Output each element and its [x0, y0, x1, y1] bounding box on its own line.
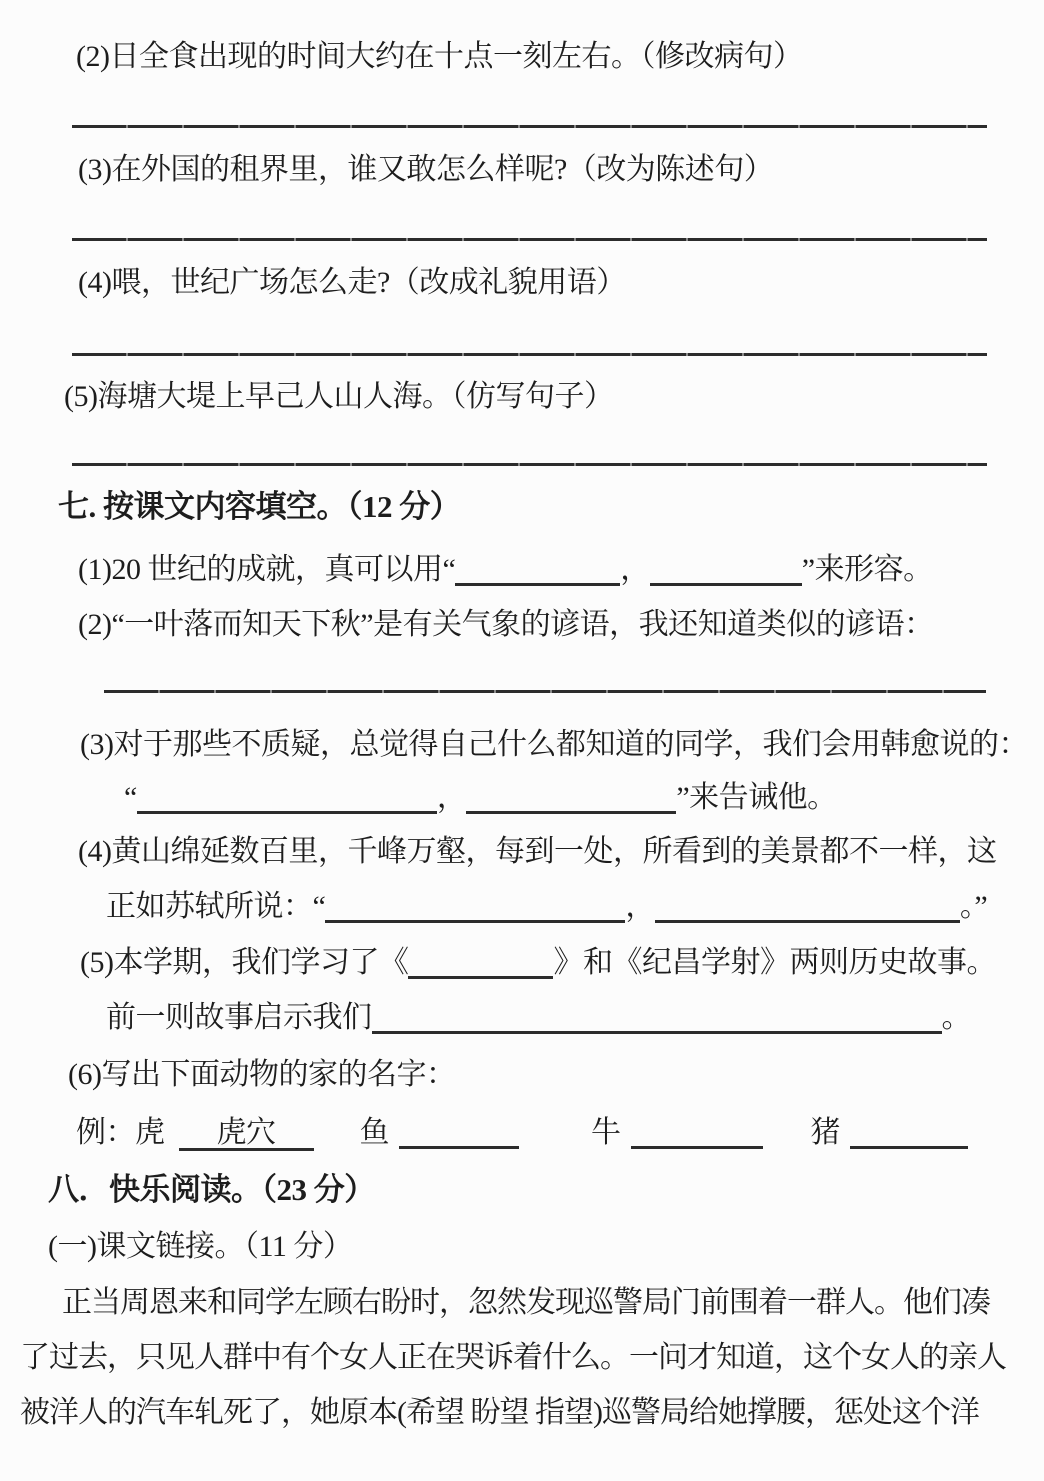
animal-pig: 猪	[811, 1116, 841, 1149]
question-text: 正如苏轼所说：“	[106, 890, 325, 923]
s7-question-5: (5)本学期，我们学习了《》和《纪昌学射》两则历史故事。	[80, 943, 996, 983]
s7-question-5-line2: 前一则故事启示我们。	[106, 998, 971, 1038]
question-text: (5)本学期，我们学习了《	[80, 946, 408, 979]
separator-comma: ，	[437, 781, 467, 814]
fill-in-blank	[372, 1031, 942, 1034]
question-text: 。	[942, 1001, 972, 1034]
fill-in-blank	[631, 1146, 763, 1149]
fill-in-blank	[137, 811, 437, 814]
fill-in-blank	[466, 811, 676, 814]
answer-blank-rule	[72, 238, 987, 241]
question-text: ”来形容。	[802, 553, 933, 586]
reading-passage-line-3: 被洋人的汽车轧死了，她原本(希望 盼望 指望)巡警局给她撑腰，惩处这个洋	[20, 1393, 979, 1433]
fill-in-blank	[325, 920, 625, 923]
question-2-revise-ill-sentence: (2)日全食出现的时间大约在十点一刻左右。（修改病句）	[76, 37, 802, 77]
fill-in-blank	[408, 976, 553, 979]
section-8-heading: 八．快乐阅读。（23 分）	[48, 1170, 375, 1210]
question-3-declarative-sentence: (3)在外国的租界里，谁又敢怎么样呢?（改为陈述句）	[78, 150, 773, 190]
example-answer-blank: 虎穴	[179, 1118, 314, 1151]
animal-tiger: 虎	[135, 1116, 165, 1149]
question-4-polite-wording: (4)喂，世纪广场怎么走?（改成礼貌用语）	[78, 263, 626, 303]
fill-in-blank	[650, 583, 802, 586]
question-text: 》和《纪昌学射》两则历史故事。	[553, 946, 996, 979]
exam-paper-page: (2)日全食出现的时间大约在十点一刻左右。（修改病句） (3)在外国的租界里，谁…	[0, 0, 1044, 1481]
s7-question-3: (3)对于那些不质疑，总觉得自己什么都知道的同学，我们会用韩愈说的：	[80, 725, 1028, 765]
answer-blank-rule	[104, 690, 986, 693]
fill-in-blank	[455, 583, 620, 586]
fill-in-blank	[655, 920, 960, 923]
answer-blank-rule	[72, 463, 987, 466]
s7-question-3-quote-line: “，”来告诫他。	[124, 778, 837, 818]
answer-blank-rule	[72, 125, 987, 128]
s7-question-6-example-row: 例：虎虎穴鱼牛猪	[76, 1113, 968, 1153]
example-label: 例：	[76, 1116, 135, 1149]
animal-ox: 牛	[591, 1116, 621, 1149]
question-text: (1)20 世纪的成就，真可以用“	[78, 553, 455, 586]
s7-question-2: (2)“一叶落而知天下秋”是有关气象的谚语，我还知道类似的谚语：	[78, 605, 934, 645]
question-text: 。”	[960, 890, 987, 923]
reading-passage-line-1: 正当周恩来和同学左顾右盼时，忽然发现巡警局门前围着一群人。他们凑	[62, 1283, 990, 1323]
section-8-subheading: (一)课文链接。（11 分）	[48, 1227, 352, 1267]
s7-question-6: (6)写出下面动物的家的名字：	[68, 1055, 455, 1095]
separator-comma: ，	[625, 890, 655, 923]
s7-question-4: (4)黄山绵延数百里，千峰万壑，每到一处，所看到的美景都不一样，这	[78, 832, 996, 872]
separator-comma: ，	[620, 553, 650, 586]
s7-question-1: (1)20 世纪的成就，真可以用“，”来形容。	[78, 550, 933, 590]
question-text: 前一则故事启示我们	[106, 1001, 372, 1034]
animal-fish: 鱼	[360, 1116, 390, 1149]
fill-in-blank	[399, 1146, 519, 1149]
section-7-heading: 七. 按课文内容填空。（12 分）	[58, 487, 460, 527]
question-5-imitate-sentence: (5)海塘大堤上早己人山人海。（仿写句子）	[64, 377, 613, 417]
fill-in-blank	[850, 1146, 968, 1149]
answer-blank-rule	[72, 353, 987, 356]
question-text: ”来告诫他。	[676, 781, 836, 814]
quote-open: “	[124, 781, 137, 814]
s7-question-4-quote-line: 正如苏轼所说：“，。”	[106, 887, 987, 927]
reading-passage-line-2: 了过去，只见人群中有个女人正在哭诉着什么。一问才知道，这个女人的亲人	[20, 1338, 1006, 1378]
